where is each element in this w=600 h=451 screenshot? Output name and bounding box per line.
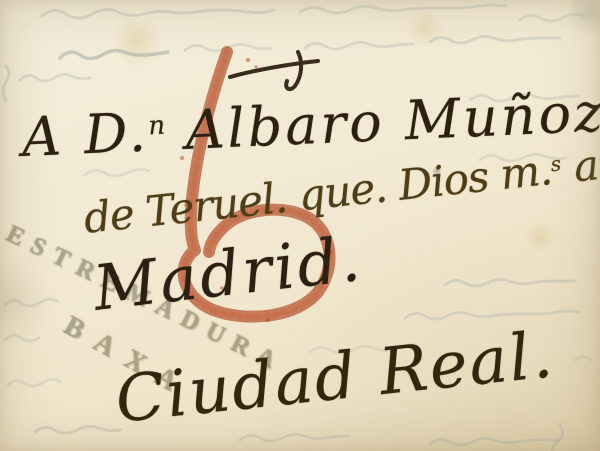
letter-cover-photo: ESTREMADURA BAXA A D.n Albaro Muñoz de T… [0,0,600,451]
recipient-prefix: A D. [21,101,150,169]
courtesy-text-2: a. [559,139,600,193]
recipient-superscript: n [148,111,166,142]
